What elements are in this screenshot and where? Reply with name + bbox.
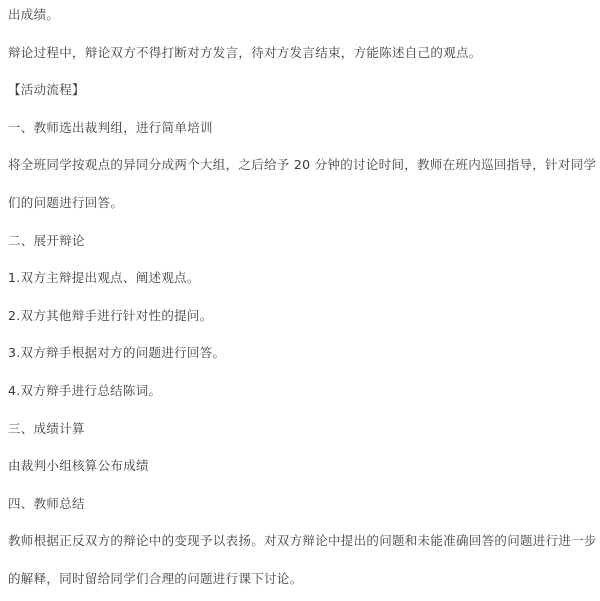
- section-heading-activity-process: 【活动流程】: [8, 71, 594, 109]
- list-item-1: 1.双方主辩提出观点、阐述观点。: [8, 259, 594, 297]
- paragraph-line: 们的问题进行回答。: [8, 184, 594, 222]
- section-heading-step-1: 一、教师选出裁判组，进行简单培训: [8, 109, 594, 147]
- list-item-3: 3.双方辩手根据对方的问题进行回答。: [8, 334, 594, 372]
- paragraph-line: 的解释，同时留给同学们合理的问题进行课下讨论。: [8, 560, 594, 598]
- list-item-4: 4.双方辩手进行总结陈词。: [8, 372, 594, 410]
- section-heading-step-4: 四、教师总结: [8, 485, 594, 523]
- paragraph-line: 辩论过程中，辩论双方不得打断对方发言，待对方发言结束，方能陈述自己的观点。: [8, 34, 594, 72]
- paragraph-line: 教师根据正反双方的辩论中的变现予以表扬。对双方辩论中提出的问题和未能准确回答的问…: [8, 522, 594, 560]
- paragraph-line: 由裁判小组核算公布成绩: [8, 447, 594, 485]
- document-page: 出成绩。 辩论过程中，辩论双方不得打断对方发言，待对方发言结束，方能陈述自己的观…: [8, 0, 594, 598]
- paragraph-line: 出成绩。: [8, 0, 594, 34]
- section-heading-step-3: 三、成绩计算: [8, 410, 594, 448]
- list-item-2: 2.双方其他辩手进行针对性的提问。: [8, 297, 594, 335]
- section-heading-step-2: 二、展开辩论: [8, 222, 594, 260]
- paragraph-line: 将全班同学按观点的异同分成两个大组，之后给予 20 分钟的讨论时间，教师在班内巡…: [8, 146, 594, 184]
